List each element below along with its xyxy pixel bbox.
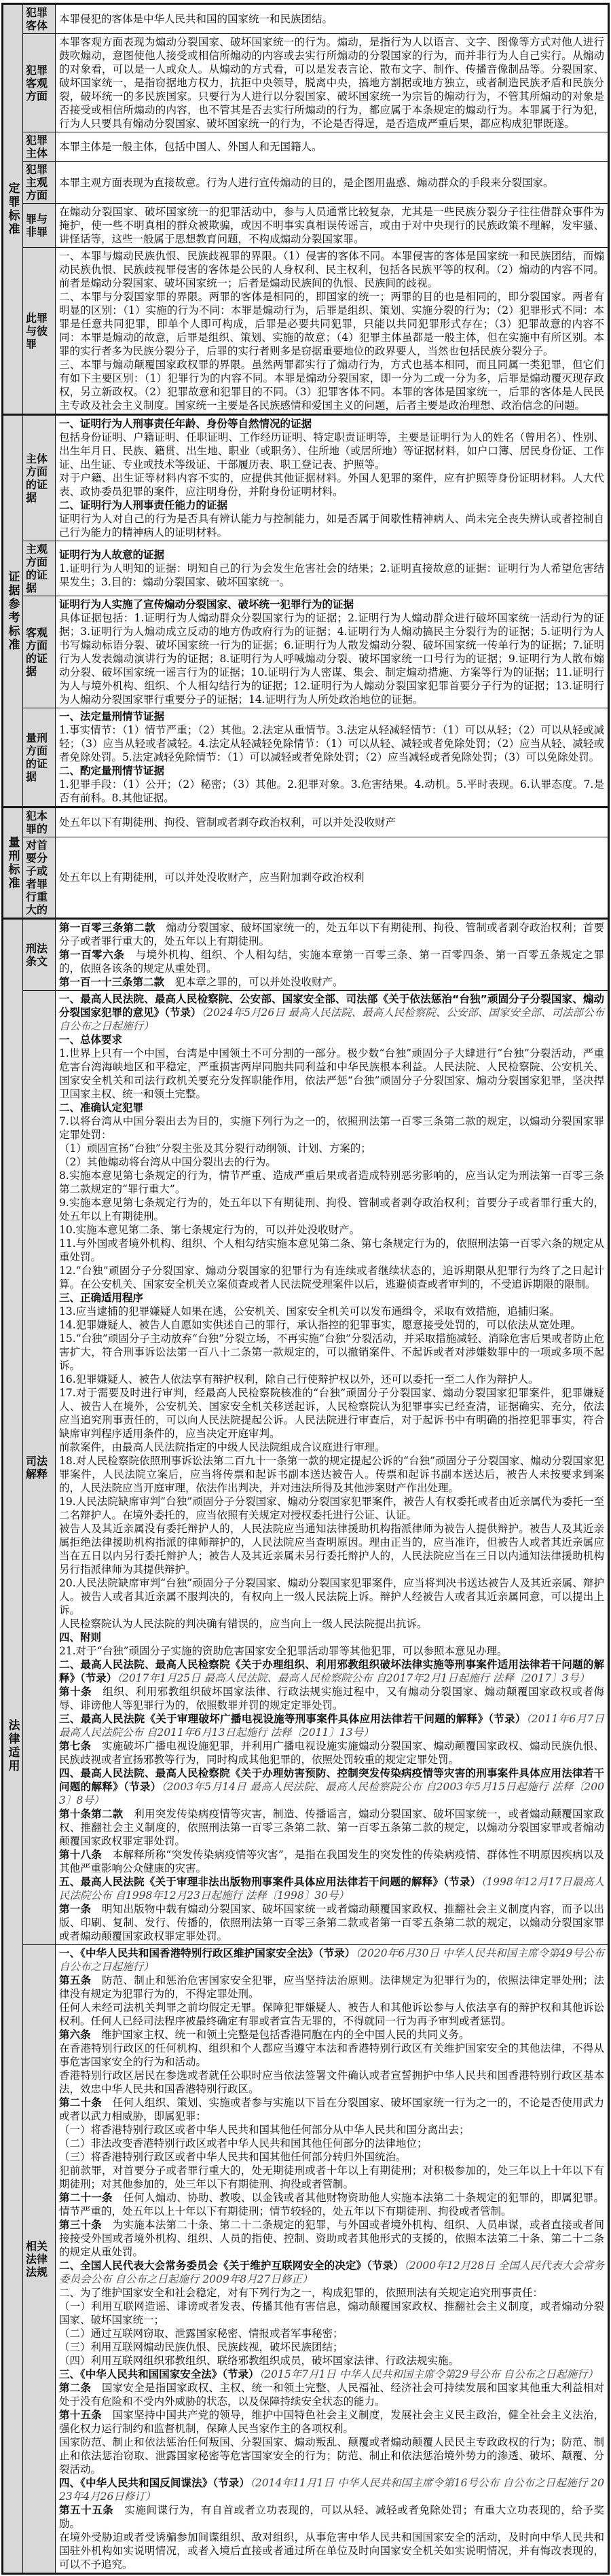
- paragraph: 第十八条 本解释所称“突发传染病疫情等灾害”，是指在我国发生的突发性的传染病疫情…: [59, 1848, 604, 1875]
- paragraph: 处五年以上有期徒刑，可以并处没收财产，应当附加剥夺政治权利: [59, 871, 604, 884]
- body-text: （三）将香港特别行政区或者中华人民共和国其他任何部分转归外国统治。: [59, 2151, 407, 2163]
- paragraph: 三、正确适用程序: [59, 1291, 604, 1305]
- bold-text: 四、附则: [59, 1631, 101, 1644]
- paragraph: （一）将香港特别行政区或者中华人民共和国其他任何部分从中华人民共和国分离出去；: [59, 2123, 604, 2137]
- paragraph: 二、最高人民法院、最高人民检察院《关于办理组织、利用邪教组织破坏法律实施等刑事案…: [59, 1658, 604, 1685]
- table-row: 量刑标准犯本罪的处五年以下有期徒刑、拘役、管制或者剥夺政治权利，可以并处没收财产: [3, 808, 609, 837]
- bold-text: 二、酌定量刑情节证据: [59, 765, 164, 777]
- section-label: 定罪标准: [3, 4, 23, 415]
- body-text: 犯前款罪，对首要分子或者罪行重大的，处无期徒刑或者十年以上有期徒刑；对积极参加的…: [59, 2164, 604, 2190]
- paragraph: 五、最高人民法院《关于审理非法出版物刑事案件具体应用法律若干问题的解释》（节录）…: [59, 1875, 604, 1902]
- bold-text: 五、最高人民法院《关于审理非法出版物刑事案件具体应用法律若干问题的解释》（节录）: [59, 1876, 481, 1888]
- body-text: 20.人民法院缺席审判“台独”顽固分子分裂国家、煽动分裂国家犯罪案件，应当将判决…: [59, 1577, 604, 1616]
- paragraph: 证明行为人对自己的行为是否具有辨认能力与控制能力，如是否属于间歇性精神病人、尚未…: [59, 512, 604, 539]
- table-row: 对首要分子或者罪行重大的处五年以上有期徒刑，可以并处没收财产，应当附加剥夺政治权…: [3, 837, 609, 919]
- bold-text: 三、正确适用程序: [59, 1292, 143, 1304]
- paragraph: 第五十五条 实施间谍行为，有自首或者立功表现的，可以从轻、减轻或者免除处罚；有重…: [59, 2503, 604, 2530]
- legal-reference-page: 定罪标准犯罪客体本罪侵犯的客体是中华人民共和国的国家统一和民族团结。犯罪客观方面…: [0, 0, 611, 2576]
- section-label: 证据参考标准: [3, 415, 23, 808]
- row-label: 此罪与彼罪: [23, 248, 56, 415]
- body-text: 10.实施本意见第二条、第七条规定行为的，可以并处没收财产。: [59, 1224, 360, 1236]
- row-content: 处五年以上有期徒刑，可以并处没收财产，应当附加剥夺政治权利: [56, 837, 609, 919]
- row-content: 一、证明行为人刑事责任年龄、身份等自然情况的证据包括身份证明、户籍证明、任职证明…: [56, 415, 609, 541]
- paragraph: 四、附则: [59, 1631, 604, 1644]
- paragraph: 1.证明行为人明知的证据：明知自己的行为会发生危害社会的结果；2.证明直接故意的…: [59, 562, 604, 589]
- body-text: 在香港特别行政区的任何机构、组织和个人都应当遵守本法和香港特别行政区有关维护国家…: [59, 2042, 604, 2068]
- paragraph: 在境外受胁迫或者受诱骗参加间谍组织、敌对组织，从事危害中华人民共和国国家安全的活…: [59, 2530, 604, 2571]
- paragraph: 第一百零三条第二款 煽动分裂国家、破坏国家统一的，处五年以下有期徒刑、拘役、管制…: [59, 921, 604, 948]
- row-content: 处五年以下有期徒刑、拘役、管制或者剥夺政治权利，可以并处没收财产: [56, 808, 609, 837]
- body-text: 任何人煽动、协助、教唆、以金钱或者其他财物资助他人实施本法第二十条规定的犯罪的，…: [59, 2192, 604, 2217]
- body-text: 国家安全是指国家政权、主权、统一和领土完整、人民福祉、经济社会可持续发展和国家其…: [59, 2382, 604, 2408]
- paragraph: 被告人及其近亲属没有委托辩护人的，人民法院应当通知法律援助机构指派律师为被告人提…: [59, 1522, 604, 1576]
- bold-text: 第十条: [59, 1686, 92, 1698]
- paragraph: 第十条 组织、利用邪教组织破坏国家法律、行政法规实施过程中，又有煽动分裂国家、煽…: [59, 1685, 604, 1712]
- paragraph: 国家防范、制止和依法惩治任何叛国、分裂国家、煽动叛乱、颠覆或者煽动颠覆人民民主专…: [59, 2435, 604, 2476]
- promulgation-note: （2017年1月25日 最高人民法院、最高人民检察院公布 自2017年2月1日起…: [117, 1672, 589, 1684]
- section-label: 量刑标准: [3, 808, 23, 919]
- paragraph: 在香港特别行政区的任何机构、组织和个人都应当遵守本法和香港特别行政区有关维护国家…: [59, 2042, 604, 2069]
- body-text: 7.以将台湾从中国分裂出去为目的，实施下列行为之一的，依照刑法第一百零三条第二款…: [59, 1115, 604, 1141]
- paragraph: （二）通过互联网窃取、泄露国家秘密、情报或者军事秘密；: [59, 2327, 604, 2340]
- row-content: 一、《中华人民共和国香港特别行政区维护国家安全法》（节录）（2020年6月30日…: [56, 1945, 609, 2574]
- bold-text: 第一百零六条: [59, 949, 124, 961]
- row-content: 本罪客观方面表现为煽动分裂国家、破坏国家统一的行为。煽动，是指行为人以语言、文字…: [56, 34, 609, 132]
- row-content: 一、最高人民法院、最高人民检察院、公安部、国家安全部、司法部《关于依法惩治“台独…: [56, 991, 609, 1945]
- bold-text: 第二十一条: [59, 2192, 113, 2204]
- row-label: 犯罪客体: [23, 4, 56, 34]
- table-row: 法律适用刑法条文第一百零三条第二款 煽动分裂国家、破坏国家统一的，处五年以下有期…: [3, 919, 609, 991]
- paragraph: 证明行为人实施了宣传煽动分裂国家、破坏统一犯罪行为的证据: [59, 598, 604, 611]
- bold-text: 二、全国人民代表大会常务委员会《关于维护互联网安全的决定》（节录）: [59, 2260, 404, 2272]
- bold-text: 一、《中华人民共和国香港特别行政区维护国家安全法》（节录）: [59, 1947, 355, 1959]
- bold-text: 证明行为人故意的证据: [59, 549, 164, 561]
- paragraph: 一、法定量刑情节证据: [59, 710, 604, 723]
- paragraph: 四、最高人民法院、最高人民检察院《关于办理妨害预防、控制突发传染病疫情等灾害的刑…: [59, 1766, 604, 1807]
- bold-text: 证明行为人实施了宣传煽动分裂国家、破坏统一犯罪行为的证据: [59, 598, 354, 611]
- row-content: 本罪主体是一般主体，包括中国人、外国人和无国籍人。: [56, 132, 609, 162]
- paragraph: 17.对于需要及时进行审判，经最高人民检察院核准的“台独”顽固分子分裂国家、煽动…: [59, 1386, 604, 1440]
- bold-text: 第二十条: [59, 2097, 102, 2109]
- paragraph: 10.实施本意见第二条、第七条规定行为的，可以并处没收财产。: [59, 1223, 604, 1237]
- paragraph: 一、总体要求: [59, 1033, 604, 1047]
- paragraph: 犯前款罪，对首要分子或者罪行重大的，处无期徒刑或者十年以上有期徒刑；对积极参加的…: [59, 2164, 604, 2191]
- paragraph: （2）其他煽动将台湾从中国分裂出去的行为。: [59, 1155, 604, 1169]
- paragraph: 第二十一条 任何人煽动、协助、教唆、以金钱或者其他财物资助他人实施本法第二十条规…: [59, 2191, 604, 2218]
- paragraph: 第三十条 为实施本法第二十条、第二十二条规定的犯罪，与外国或者境外机构、组织、人…: [59, 2218, 604, 2259]
- row-label: 主观方面的证据: [23, 541, 56, 596]
- paragraph: 二、准确认定犯罪: [59, 1101, 604, 1114]
- paragraph: 第六条 维护国家主权、统一和领土完整是包括香港同胞在内的全中国人民的共同义务。: [59, 2028, 604, 2042]
- body-text: 三、本罪与煽动颠覆国家政权罪的界限。虽然两罪都实行了煽动行为，方式也基本相同，而…: [59, 359, 604, 412]
- crime-reference-table-body: 定罪标准犯罪客体本罪侵犯的客体是中华人民共和国的国家统一和民族团结。犯罪客观方面…: [3, 4, 609, 2574]
- paragraph: 三、《中华人民共和国国家安全法》（节录）（2015年7月1日 中华人民共和国主席…: [59, 2368, 604, 2381]
- bold-text: 一、法定量刑情节证据: [59, 710, 164, 723]
- body-text: 在煽动分裂国家、破坏国家统一的犯罪活动中，参与人员通常比较复杂，尤其是一些民族分…: [59, 206, 604, 245]
- body-text: 在境外受胁迫或者受诱骗参加间谍组织、敌对组织，从事危害中华人民共和国国家安全的活…: [59, 2531, 604, 2571]
- bold-text: 第十条第二款: [59, 1808, 124, 1820]
- body-text: 本罪主体是一般主体，包括中国人、外国人和无国籍人。: [59, 141, 322, 153]
- row-content: 证明行为人故意的证据1.证明行为人明知的证据：明知自己的行为会发生危害社会的结果…: [56, 541, 609, 596]
- paragraph: （一）利用互联网造谣、诽谤或者发表、传播其他有害信息，煽动颠覆国家政权、推翻社会…: [59, 2300, 604, 2327]
- row-label: 犯罪客观方面: [23, 34, 56, 132]
- bold-text: 第十五条: [59, 2409, 102, 2421]
- body-text: 1.证明行为人明知的证据：明知自己的行为会发生危害社会的结果；2.证明直接故意的…: [59, 562, 604, 588]
- paragraph: 本罪主观方面表现为直接故意。行为人进行宣传煽动的目的，是企图用蛊惑、煽动群众的手…: [59, 176, 604, 189]
- row-label: 对首要分子或者罪行重大的: [23, 837, 56, 919]
- bold-text: 第一百一十三条第二款: [59, 976, 164, 988]
- paragraph: 任何人未经司法机关判罪之前均假定无罪。保障犯罪嫌疑人、被告人和其他诉讼参与人依法…: [59, 2001, 604, 2028]
- promulgation-note: （2015年7月1日 中华人民共和国主席令第29号公布 自公布之日起施行）: [259, 2368, 599, 2380]
- row-label: 客观方面的证据: [23, 596, 56, 708]
- row-content: 本罪主观方面表现为直接故意。行为人进行宣传煽动的目的，是企图用蛊惑、煽动群众的手…: [56, 162, 609, 204]
- paragraph: 13.应当逮捕的犯罪嫌疑人如果在逃，公安机关、国家安全机关可以发布通缉令，采取有…: [59, 1305, 604, 1318]
- paragraph: （三）将香港特别行政区或者中华人民共和国其他任何部分转归外国统治。: [59, 2150, 604, 2164]
- row-label: 罪与非罪: [23, 204, 56, 248]
- paragraph: （1）顽固宣扬“台独”分裂主张及其分裂行动纲领、计划、方案的；: [59, 1142, 604, 1155]
- paragraph: 具体证据包括：1.证明行为人煽动群众分裂国家行为的证据；2.证明行为人煽动群众进…: [59, 611, 604, 706]
- row-content: 在煽动分裂国家、破坏国家统一的犯罪活动中，参与人员通常比较复杂，尤其是一些民族分…: [56, 204, 609, 248]
- paragraph: 18.对人民检察院依照刑事诉讼法第二百九十一条第一款的规定提起公诉的“台独”顽固…: [59, 1454, 604, 1495]
- body-text: 证明行为人对自己的行为是否具有辨认能力与控制能力，如是否属于间歇性精神病人、尚未…: [59, 513, 604, 539]
- bold-text: 二、准确认定犯罪: [59, 1102, 143, 1114]
- section-label: 法律适用: [3, 919, 23, 2574]
- body-text: 前款案件，由最高人民法院指定的中级人民法院组成合议庭进行审理。: [59, 1441, 386, 1453]
- paragraph: 人民检察院认为人民法院的判决确有错误的，应当向上一级人民法院提出抗诉。: [59, 1617, 604, 1631]
- paragraph: 一、《中华人民共和国香港特别行政区维护国家安全法》（节录）（2020年6月30日…: [59, 1946, 604, 1974]
- body-text: 包括身份证明、户籍证明、任职证明、工作经历证明、特定职责证明等，主要是证明行为人…: [59, 431, 604, 471]
- body-text: 具体证据包括：1.证明行为人煽动群众分裂国家行为的证据；2.证明行为人煽动群众进…: [59, 612, 604, 706]
- bold-text: 第六条: [59, 2029, 91, 2041]
- body-text: 18.对人民检察院依照刑事诉讼法第二百九十一条第一款的规定提起公诉的“台独”顽固…: [59, 1455, 604, 1494]
- bold-text: 四、《中华人民共和国反间谍法》（节录）: [59, 2477, 250, 2489]
- body-text: 1.犯罪手段：（1）公开；（2）秘密；（3）其他。2.犯罪对象。3.危害结果。4…: [59, 778, 604, 804]
- row-label: 犯罪主观方面: [23, 162, 56, 204]
- paragraph: 对于户籍、出生证等材料内容不实的，应提供其他证据材料。外国人犯罪的案件，应有护照…: [59, 471, 604, 498]
- paragraph: 20.人民法院缺席审判“台独”顽固分子分裂国家、煽动分裂国家犯罪案件，应当将判决…: [59, 1576, 604, 1617]
- bold-text: 第五十五条: [59, 2504, 113, 2516]
- paragraph: 21.对于“台独”顽固分子实施的资助危害国家安全犯罪活动罪等其他犯罪，可以参照本…: [59, 1644, 604, 1658]
- paragraph: （二）非法改变香港特别行政区或者中华人民共和国其他任何部分的法律地位；: [59, 2137, 604, 2150]
- body-text: 二、为了维护国家安全和社会稳定，对有下列行为之一，构成犯罪的，依照刑法有关规定追…: [59, 2287, 543, 2299]
- paragraph: 四、《中华人民共和国反间谍法》（节录）（2014年11月1日 中华人民共和国主席…: [59, 2476, 604, 2503]
- body-text: 处五年以上有期徒刑，可以并处没收财产，应当附加剥夺政治权利: [59, 871, 365, 884]
- body-text: 19.人民法院缺席审判“台独”顽固分子分裂国家、煽动分裂国家犯罪案件，被告人有权…: [59, 1495, 604, 1521]
- table-row: 定罪标准犯罪客体本罪侵犯的客体是中华人民共和国的国家统一和民族团结。: [3, 4, 609, 34]
- paragraph: 1.世界上只有一个中国，台湾是中国领土不可分割的一部分。极少数“台独”顽固分子大…: [59, 1047, 604, 1101]
- body-text: 1.世界上只有一个中国，台湾是中国领土不可分割的一部分。极少数“台独”顽固分子大…: [59, 1047, 604, 1100]
- body-text: 利用突发传染病疫情等灾害，制造、传播谣言，煽动分裂国家、破坏国家统一，或者煽动颠…: [59, 1808, 604, 1847]
- body-text: （一）将香港特别行政区或者中华人民共和国其他任何部分从中华人民共和国分离出去；: [59, 2124, 470, 2136]
- bold-text: 一、总体要求: [59, 1034, 122, 1046]
- body-text: 任何人组织、策划、实施或者参与实施以下旨在分裂国家、破坏国家统一行为之一的，不论…: [59, 2097, 604, 2122]
- row-label: 相关法律法规: [23, 1945, 56, 2574]
- table-row: 相关法律法规一、《中华人民共和国香港特别行政区维护国家安全法》（节录）（2020…: [3, 1945, 609, 2574]
- body-text: 12.“台独”顽固分子分裂国家、煽动分裂国家的犯罪行为有连续或者继续状态的，追诉…: [59, 1265, 604, 1290]
- table-row: 主观方面的证据证明行为人故意的证据1.证明行为人明知的证据：明知自己的行为会发生…: [3, 541, 609, 596]
- bold-text: 第十八条: [59, 1849, 102, 1861]
- table-row: 客观方面的证据证明行为人实施了宣传煽动分裂国家、破坏统一犯罪行为的证据具体证据包…: [3, 596, 609, 708]
- bold-text: 第二条: [59, 2382, 91, 2394]
- paragraph: 包括身份证明、户籍证明、任职证明、工作经历证明、特定职责证明等，主要是证明行为人…: [59, 431, 604, 471]
- table-row: 此罪与彼罪一、本罪与煽动民族仇恨、民族歧视罪的界限。（1）侵害的客体不同。本罪侵…: [3, 248, 609, 415]
- paragraph: 1.事实情节：（1）情节严重；（2）其他。2.法定从重情节。3.法定从轻减轻情节…: [59, 723, 604, 764]
- paragraph: 12.“台独”顽固分子分裂国家、煽动分裂国家的犯罪行为有连续或者继续状态的，追诉…: [59, 1264, 604, 1291]
- paragraph: 一、证明行为人刑事责任年龄、身份等自然情况的证据: [59, 417, 604, 431]
- body-text: 防范、制止和惩治危害国家安全犯罪，应当坚持法治原则。法律规定为犯罪行为的，依照法…: [59, 1974, 604, 2000]
- body-text: 国家坚持中国共产党的领导，维护中国特色社会主义制度，发展社会主义民主政治，健全社…: [59, 2409, 604, 2435]
- body-text: 香港特别行政区居民在参选或者就任公职时应当依法签署文件确认或者宣誓拥护中华人民共…: [59, 2069, 604, 2095]
- row-label: 主体方面的证据: [23, 415, 56, 541]
- bold-text: 第五条: [59, 1974, 91, 1987]
- table-row: 犯罪主观方面本罪主观方面表现为直接故意。行为人进行宣传煽动的目的，是企图用蛊惑、…: [3, 162, 609, 204]
- row-content: 本罪侵犯的客体是中华人民共和国的国家统一和民族团结。: [56, 4, 609, 34]
- bold-text: 一、证明行为人刑事责任年龄、身份等自然情况的证据: [59, 418, 312, 430]
- table-row: 证据参考标准主体方面的证据一、证明行为人刑事责任年龄、身份等自然情况的证据包括身…: [3, 415, 609, 541]
- body-text: 实施破坏广播电视设施犯罪，并利用广播电视设施实施煽动分裂国家、煽动颠覆国家政权、…: [59, 1740, 604, 1766]
- body-text: 11.与外国或者境外机构、组织、个人相勾结实施本意见第二条、第七条规定行为的，依…: [59, 1237, 604, 1263]
- paragraph: 第二条 国家安全是指国家政权、主权、统一和领土完整、人民福祉、经济社会可持续发展…: [59, 2381, 604, 2408]
- paragraph: 19.人民法院缺席审判“台独”顽固分子分裂国家、煽动分裂国家犯罪案件，被告人有权…: [59, 1495, 604, 1522]
- paragraph: 15.“台独”顽固分子主动放弃“台独”分裂立场，不再实施“台独”分裂活动，并采取…: [59, 1332, 604, 1373]
- paragraph: 第一条 明知出版物中载有煽动分裂国家、破坏国家统一或者煽动颠覆国家政权、推翻社会…: [59, 1902, 604, 1943]
- body-text: 对于户籍、出生证等材料内容不实的，应提供其他证据材料。外国人犯罪的案件，应有护照…: [59, 472, 604, 498]
- paragraph: 16.犯罪嫌疑人、被告人依法享有辩护权利，除自己行使辩护权以外，还可以委托一至二…: [59, 1373, 604, 1386]
- paragraph: 第一百一十三条第二款 犯本章之罪的，可以并处没收财产。: [59, 975, 604, 989]
- body-text: 本解释所称“突发传染病疫情等灾害”，是指在我国发生的突发性的传染病疫情、群体性不…: [59, 1849, 604, 1874]
- body-text: 14.犯罪嫌疑人、被告人自愿如实供述自己的罪行，承认指控的犯罪事实，愿意接受处罚…: [59, 1319, 581, 1331]
- paragraph: 第二十条 任何人组织、策划、实施或者参与实施以下旨在分裂国家、破坏国家统一行为之…: [59, 2096, 604, 2123]
- paragraph: 三、最高人民法院《关于审理破坏广播电视设施等刑事案件具体应用法律若干问题的解释》…: [59, 1712, 604, 1739]
- paragraph: 二、本罪与分裂国家罪的界限。两罪的客体是相同的，即国家的统一；两罪的目的也是相同…: [59, 290, 604, 358]
- body-text: 二、本罪与分裂国家罪的界限。两罪的客体是相同的，即国家的统一；两罪的目的也是相同…: [59, 291, 604, 357]
- row-label: 司法解释: [23, 991, 56, 1945]
- row-content: 证明行为人实施了宣传煽动分裂国家、破坏统一犯罪行为的证据具体证据包括：1.证明行…: [56, 596, 609, 708]
- row-label: 犯罪主体: [23, 132, 56, 162]
- body-text: 为实施本法第二十条、第二十二条规定的犯罪，与外国或者境外机构、组织、人员串谋，或…: [59, 2219, 604, 2258]
- paragraph: 香港特别行政区居民在参选或者就任公职时应当依法签署文件确认或者宣誓拥护中华人民共…: [59, 2069, 604, 2096]
- paragraph: 14.犯罪嫌疑人、被告人自愿如实供述自己的罪行，承认指控的犯罪事实，愿意接受处罚…: [59, 1318, 604, 1332]
- body-text: 21.对于“台独”顽固分子实施的资助危害国家安全犯罪活动罪等其他犯罪，可以参照本…: [59, 1645, 508, 1657]
- row-content: 第一百零三条第二款 煽动分裂国家、破坏国家统一的，处五年以下有期徒刑、拘役、管制…: [56, 919, 609, 991]
- paragraph: 二、证明行为人刑事责任能力的证据: [59, 498, 604, 512]
- body-text: 本罪侵犯的客体是中华人民共和国的国家统一和民族团结。: [59, 13, 333, 25]
- body-text: 维护国家主权、统一和领土完整是包括香港同胞在内的全中国人民的共同义务。: [91, 2029, 470, 2041]
- bold-text: 第一百零三条第二款: [59, 922, 155, 934]
- bold-text: 第三十条: [59, 2219, 102, 2231]
- bold-text: 二、证明行为人刑事责任能力的证据: [59, 499, 227, 511]
- body-text: 16.犯罪嫌疑人、被告人依法享有辩护权利，除自己行使辩护权以外，还可以委托一至二…: [59, 1373, 539, 1385]
- body-text: （一）利用互联网造谣、诽谤或者发表、传播其他有害信息，煽动颠覆国家政权、推翻社会…: [59, 2300, 604, 2326]
- paragraph: 在煽动分裂国家、破坏国家统一的犯罪活动中，参与人员通常比较复杂，尤其是一些民族分…: [59, 205, 604, 246]
- table-row: 司法解释一、最高人民法院、最高人民检察院、公安部、国家安全部、司法部《关于依法惩…: [3, 991, 609, 1945]
- body-text: 9.实施本意见第七条规定行为的，处五年以下有期徒刑、拘役、管制或者剥夺政治权利；…: [59, 1197, 604, 1222]
- body-text: 17.对于需要及时进行审判，经最高人民检察院核准的“台独”顽固分子分裂国家、煽动…: [59, 1387, 604, 1440]
- paragraph: （三）利用互联网煽动民族仇恨、民族歧视，破坏民族团结；: [59, 2340, 604, 2354]
- body-text: 被告人及其近亲属没有委托辩护人的，人民法院应当通知法律援助机构指派律师为被告人提…: [59, 1523, 604, 1576]
- table-row: 犯罪客观方面本罪客观方面表现为煽动分裂国家、破坏国家统一的行为。煽动，是指行为人…: [3, 34, 609, 132]
- body-text: 13.应当逮捕的犯罪嫌疑人如果在逃，公安机关、国家安全机关可以发布通缉令，采取有…: [59, 1305, 560, 1318]
- body-text: 本罪主观方面表现为直接故意。行为人进行宣传煽动的目的，是企图用蛊惑、煽动群众的手…: [59, 177, 554, 189]
- paragraph: 本罪客观方面表现为煽动分裂国家、破坏国家统一的行为。煽动，是指行为人以语言、文字…: [59, 35, 604, 130]
- paragraph: 二、为了维护国家安全和社会稳定，对有下列行为之一，构成犯罪的，依照刑法有关规定追…: [59, 2286, 604, 2300]
- body-text: 与境外机构、组织、个人相勾结，实施本章第一百零三条、第一百零四条、第一百零五条规…: [59, 949, 604, 975]
- paragraph: 处五年以下有期徒刑、拘役、管制或者剥夺政治权利，可以并处没收财产: [59, 816, 604, 829]
- body-text: （2）其他煽动将台湾从中国分裂出去的行为。: [59, 1156, 276, 1168]
- paragraph: （四）利用互联网组织邪教组织、联络邪教组织成员，破坏国家法律、行政法规实施。: [59, 2354, 604, 2368]
- paragraph: 一、本罪与煽动民族仇恨、民族歧视罪的界限。（1）侵害的客体不同。本罪侵害的客体是…: [59, 249, 604, 290]
- body-text: （二）非法改变香港特别行政区或者中华人民共和国其他任何部分的法律地位；: [59, 2137, 428, 2149]
- body-text: 处五年以下有期徒刑、拘役、管制或者剥夺政治权利，可以并处没收财产: [59, 816, 396, 829]
- body-text: 8.实施本意见第七条规定的行为，情节严重、造成严重后果或者造成特别恶劣影响的，应…: [59, 1169, 604, 1195]
- row-content: 一、法定量刑情节证据1.事实情节：（1）情节严重；（2）其他。2.法定从重情节。…: [56, 708, 609, 808]
- crime-reference-table: 定罪标准犯罪客体本罪侵犯的客体是中华人民共和国的国家统一和民族团结。犯罪客观方面…: [1, 3, 610, 2575]
- body-text: 1.事实情节：（1）情节严重；（2）其他。2.法定从重情节。3.法定从轻减轻情节…: [59, 724, 604, 763]
- body-text: 实施间谍行为，有自首或者立功表现的，可以从轻、减轻或者免除处罚；有重大立功表现的…: [59, 2504, 604, 2530]
- paragraph: 证明行为人故意的证据: [59, 548, 604, 562]
- paragraph: 三、本罪与煽动颠覆国家政权罪的界限。虽然两罪都实行了煽动行为，方式也基本相同，而…: [59, 358, 604, 412]
- row-content: 一、本罪与煽动民族仇恨、民族歧视罪的界限。（1）侵害的客体不同。本罪侵害的客体是…: [56, 248, 609, 415]
- bold-text: 第七条: [59, 1740, 91, 1752]
- body-text: （二）通过互联网窃取、泄露国家秘密、情报或者军事秘密；: [59, 2327, 344, 2340]
- paragraph: 8.实施本意见第七条规定的行为，情节严重、造成严重后果或者造成特别恶劣影响的，应…: [59, 1169, 604, 1196]
- body-text: （1）顽固宣扬“台独”分裂主张及其分裂行动纲领、计划、方案的；: [59, 1142, 371, 1155]
- paragraph: 第七条 实施破坏广播电视设施犯罪，并利用广播电视设施实施煽动分裂国家、煽动颠覆国…: [59, 1739, 604, 1766]
- body-text: 本罪客观方面表现为煽动分裂国家、破坏国家统一的行为。煽动，是指行为人以语言、文字…: [59, 36, 604, 130]
- paragraph: 本罪主体是一般主体，包括中国人、外国人和无国籍人。: [59, 140, 604, 153]
- paragraph: 7.以将台湾从中国分裂出去为目的，实施下列行为之一的，依照刑法第一百零三条第二款…: [59, 1114, 604, 1142]
- body-text: 任何人未经司法机关判罪之前均假定无罪。保障犯罪嫌疑人、被告人和其他诉讼参与人依法…: [59, 2001, 604, 2027]
- paragraph: 第五条 防范、制止和惩治危害国家安全犯罪，应当坚持法治原则。法律规定为犯罪行为的…: [59, 1974, 604, 2001]
- paragraph: 第十五条 国家坚持中国共产党的领导，维护中国特色社会主义制度，发展社会主义民主政…: [59, 2408, 604, 2435]
- bold-text: 三、《中华人民共和国国家安全法》（节录）: [59, 2368, 259, 2380]
- body-text: 人民检察院认为人民法院的判决确有错误的，应当向上一级人民法院提出抗诉。: [59, 1618, 428, 1630]
- table-row: 罪与非罪在煽动分裂国家、破坏国家统一的犯罪活动中，参与人员通常比较复杂，尤其是一…: [3, 204, 609, 248]
- body-text: （三）利用互联网煽动民族仇恨、民族歧视，破坏民族团结；: [59, 2341, 344, 2353]
- body-text: 国家防范、制止和依法惩治任何叛国、分裂国家、煽动叛乱、颠覆或者煽动颠覆人民民主专…: [59, 2436, 604, 2475]
- bold-text: 三、最高人民法院《关于审理破坏广播电视设施等刑事案件具体应用法律若干问题的解释》…: [59, 1713, 526, 1725]
- body-text: 15.“台独”顽固分子主动放弃“台独”分裂立场，不再实施“台独”分裂活动，并采取…: [59, 1332, 604, 1372]
- paragraph: 第一百零六条 与境外机构、组织、个人相勾结，实施本章第一百零三条、第一百零四条、…: [59, 948, 604, 975]
- paragraph: 第十条第二款 利用突发传染病疫情等灾害，制造、传播谣言，煽动分裂国家、破坏国家统…: [59, 1807, 604, 1848]
- table-row: 犯罪主体本罪主体是一般主体，包括中国人、外国人和无国籍人。: [3, 132, 609, 162]
- table-row: 量刑方面的证据一、法定量刑情节证据1.事实情节：（1）情节严重；（2）其他。2.…: [3, 708, 609, 808]
- body-text: 明知出版物中载有煽动分裂国家、破坏国家统一或者煽动颠覆国家政权、推翻社会主义制度…: [59, 1903, 604, 1942]
- body-text: 犯本章之罪的，可以并处没收财产。: [164, 976, 344, 988]
- row-label: 刑法条文: [23, 919, 56, 991]
- row-label: 犯本罪的: [23, 808, 56, 837]
- row-label: 量刑方面的证据: [23, 708, 56, 808]
- paragraph: 二、全国人民代表大会常务委员会《关于维护互联网安全的决定》（节录）（2000年1…: [59, 2259, 604, 2286]
- paragraph: 一、最高人民法院、最高人民检察院、公安部、国家安全部、司法部《关于依法惩治“台独…: [59, 992, 604, 1033]
- paragraph: 本罪侵犯的客体是中华人民共和国的国家统一和民族团结。: [59, 12, 604, 26]
- body-text: 组织、利用邪教组织破坏国家法律、行政法规实施过程中，又有煽动分裂国家、煽动颠覆国…: [59, 1686, 604, 1711]
- paragraph: 1.犯罪手段：（1）公开；（2）秘密；（3）其他。2.犯罪对象。3.危害结果。4…: [59, 778, 604, 805]
- paragraph: 二、酌定量刑情节证据: [59, 764, 604, 778]
- body-text: （四）利用互联网组织邪教组织、联络邪教组织成员，破坏国家法律、行政法规实施。: [59, 2355, 459, 2367]
- paragraph: 11.与外国或者境外机构、组织、个人相勾结实施本意见第二条、第七条规定行为的，依…: [59, 1237, 604, 1264]
- bold-text: 第一条: [59, 1903, 91, 1915]
- paragraph: 9.实施本意见第七条规定行为的，处五年以下有期徒刑、拘役、管制或者剥夺政治权利；…: [59, 1196, 604, 1223]
- body-text: 一、本罪与煽动民族仇恨、民族歧视罪的界限。（1）侵害的客体不同。本罪侵害的客体是…: [59, 250, 604, 289]
- paragraph: 前款案件，由最高人民法院指定的中级人民法院组成合议庭进行审理。: [59, 1440, 604, 1454]
